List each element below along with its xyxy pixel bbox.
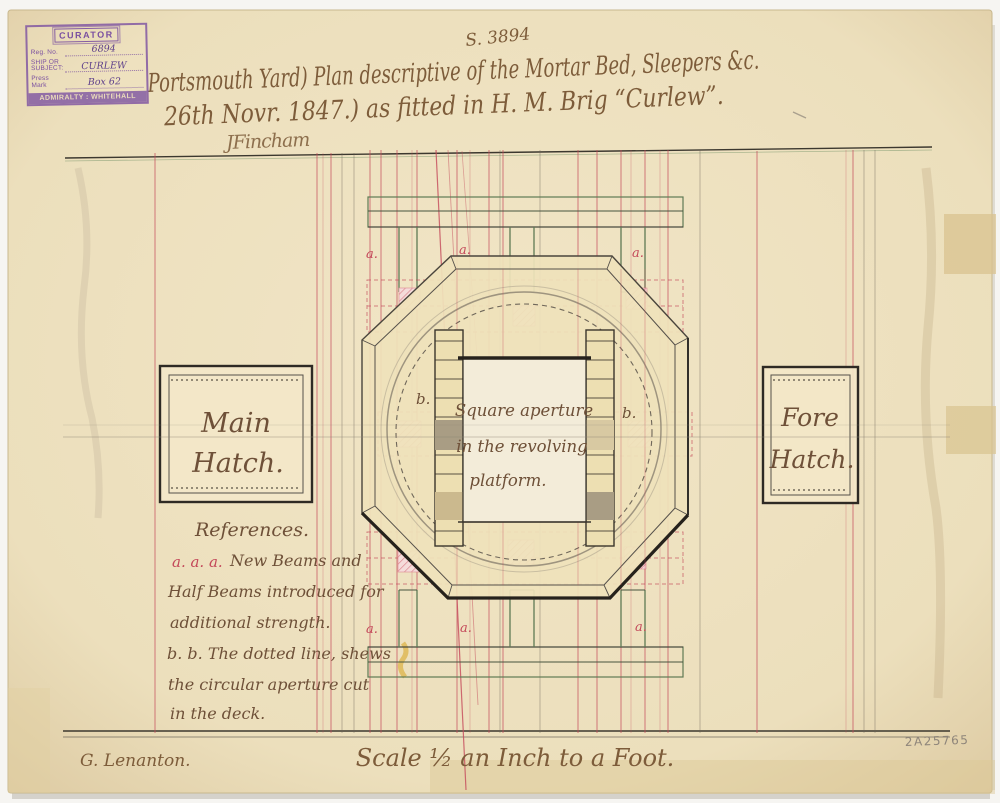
main-hatch-label-line1: Main: [200, 408, 271, 439]
fore-hatch-label-line1: Fore: [780, 403, 839, 432]
stamp-label-press-mark: Press Mark: [31, 76, 65, 90]
references-line3: additional strength.: [170, 613, 331, 632]
references-line1: New Beams and: [229, 551, 362, 570]
marker-a-top-left: a.: [366, 247, 378, 262]
stamp-footer: ADMIRALTY : WHITEHALL: [29, 91, 147, 104]
draughtsman-signature: G. Lenanton.: [80, 751, 191, 771]
scale-note: Scale ½ an Inch to a Foot.: [356, 744, 675, 772]
references-line6: in the deck.: [170, 704, 265, 723]
stamp-value-press-mark: Box 62: [65, 77, 143, 89]
aperture-label-line2: in the revolving: [456, 437, 587, 456]
references-line5: the circular aperture cut: [168, 675, 370, 694]
marker-b-left: b.: [416, 390, 430, 408]
title-signature-scribble: JFincham: [222, 129, 310, 154]
marker-a-top-center: a.: [459, 243, 471, 258]
marker-a-top-right: a.: [632, 246, 644, 261]
plan-drawing: Main Hatch. Fore Hatch. Square aperture …: [0, 0, 1000, 803]
marker-a-bottom-center: a.: [460, 621, 472, 636]
archive-pencil-number: 2A25765: [905, 733, 970, 749]
aperture-label-line1: Square aperture: [455, 401, 593, 420]
fore-hatch-label-line2: Hatch.: [769, 445, 855, 474]
marker-a-bottom-left: a.: [366, 622, 378, 637]
curator-stamp-header: CURATOR: [54, 27, 118, 42]
main-hatch-label-line2: Hatch.: [191, 448, 284, 479]
curator-stamp: CURATOR Reg. No. 6894 SHIP OR SUBJECT: C…: [25, 23, 149, 106]
fore-hatch: [763, 367, 858, 503]
stamp-row-ship-subject: SHIP OR SUBJECT: CURLEW: [31, 57, 143, 73]
references-heading: References.: [194, 519, 309, 541]
stain-bottom-left: [8, 688, 50, 793]
stamp-value-reg-no: 6894: [65, 44, 143, 56]
references-marker-prefix: a. a. a.: [172, 553, 223, 571]
tape-patch-right-upper: [944, 214, 996, 274]
references-line4: b. b. The dotted line, shews: [167, 644, 391, 663]
scanned-plan-page: Main Hatch. Fore Hatch. Square aperture …: [0, 0, 1000, 803]
marker-a-bottom-right: a.: [635, 620, 647, 635]
references-line2: Half Beams introduced for: [167, 582, 385, 601]
stamp-value-ship-subject: CURLEW: [65, 60, 143, 72]
stamp-label-ship-subject: SHIP OR SUBJECT:: [31, 59, 65, 73]
stamp-label-reg-no: Reg. No.: [31, 49, 65, 57]
marker-b-right: b.: [622, 404, 636, 422]
tape-patch-right-lower: [946, 406, 996, 454]
stamp-row-reg-no: Reg. No. 6894: [31, 44, 143, 57]
stamp-row-press-mark: Press Mark Box 62: [31, 74, 143, 90]
aperture-label-line3: platform.: [469, 471, 546, 490]
